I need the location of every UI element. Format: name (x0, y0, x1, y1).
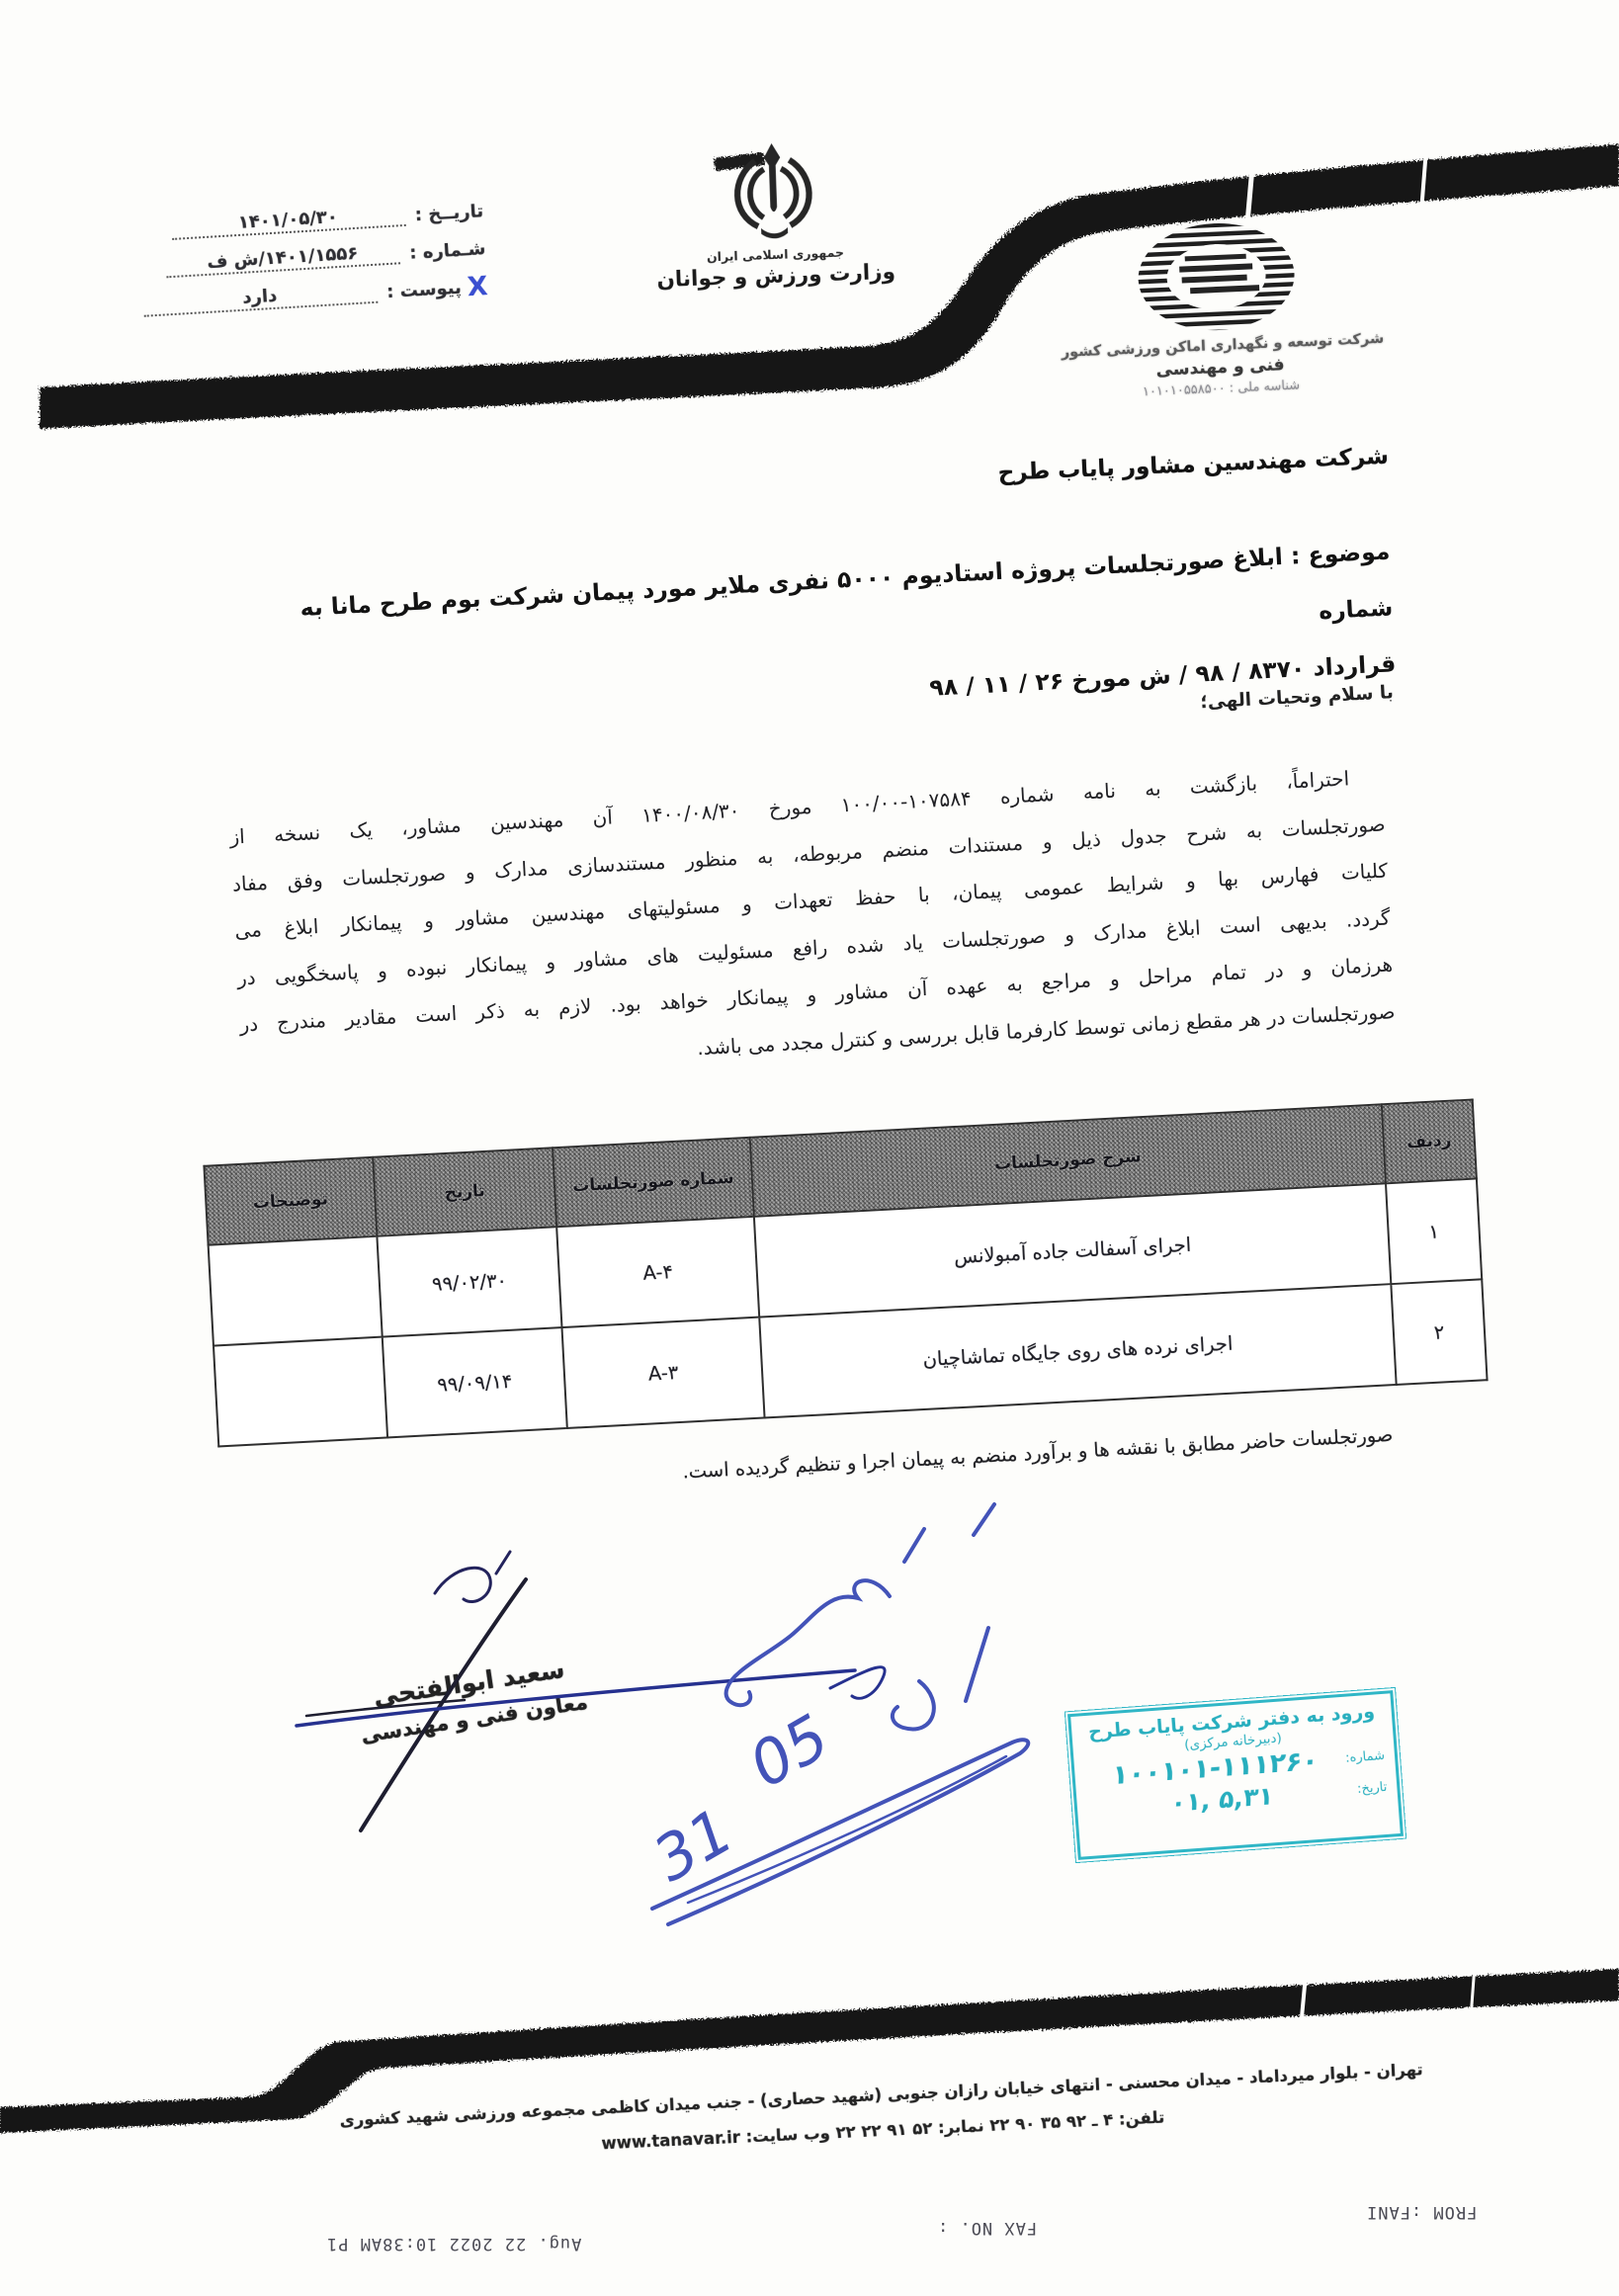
cell-minutes-number: A-۳ (561, 1318, 764, 1428)
attachment-check-mark: X (467, 277, 488, 298)
number-label: شـماره : (409, 238, 486, 264)
stamp-date-label: تاریخ: (1357, 1780, 1388, 1797)
iran-emblem-icon (724, 136, 822, 246)
handwritten-blue-note: 05 31 (593, 1478, 1058, 1942)
stamp-number-row: شماره: ۱۰۰۱۰۱-۱۱۱۲۶۰ (1084, 1741, 1386, 1793)
signature-block: سعید ابوالفتحی معاون فنی و مهندسی (281, 1641, 661, 1757)
stamp-subtitle: (دبیرخانه مرکزی) (1082, 1723, 1383, 1760)
attachment-label: پیوست : (386, 278, 463, 302)
letter-meta-block: تاریــخ : ۱۴۰۱/۰۵/۳۰ شـماره : ۱۴۰۱/۱۵۵۶/… (88, 198, 489, 334)
attachment-row: X پیوست : دارد (92, 273, 488, 320)
stamp-date-value: ۰۱, ۵,۳۱ (1086, 1775, 1358, 1824)
fax-timestamp-text: Aug. 22 2022 10:38AM P1 (326, 2234, 581, 2253)
cell-notes (209, 1236, 383, 1346)
header-date: تاریخ (373, 1148, 556, 1235)
minutes-table-wrap: ردیف شرح صورتجلسات شماره صورتجلسات تاریخ… (203, 1099, 1488, 1448)
scanned-letter-page: { "letter_meta": { "date_label": "تاریــ… (0, 0, 1619, 2296)
number-value: ۱۴۰۱/۱۵۵۶/ش ف (165, 240, 400, 278)
footer-block: تهران - بلوار میرداماد - میدان محسنی - ا… (296, 2050, 1469, 2176)
subject-block: موضوع : ابلاغ صورتجلسات پروژه استادیوم ۵… (228, 523, 1397, 752)
stamp-title: ورود به دفتر شرکت پایاب طرح (1081, 1700, 1383, 1743)
stamp-number-value: ۱۰۰۱۰۱-۱۱۱۲۶۰ (1084, 1743, 1347, 1794)
body-paragraph: احتراماً، بازگشت به نامه شماره ۱۰۷۵۸۴-۱۰… (228, 754, 1396, 1096)
stamp-number-label: شماره: (1345, 1748, 1386, 1766)
cell-row-number: ۲ (1391, 1279, 1487, 1385)
header-minutes-number: شماره صورتجلسات (553, 1138, 754, 1227)
attachment-value: دارد (142, 280, 378, 317)
cell-date: ۹۹/۰۲/۳۰ (377, 1227, 561, 1336)
header-notes: توضیحات (204, 1157, 377, 1245)
national-emblem-block: جمهوری اسلامی ایران وزارت ورزش و جوانان (638, 133, 909, 293)
company-logo-icon (1132, 217, 1301, 335)
fax-from-text: FROM :FANI (1366, 2202, 1477, 2222)
company-letterhead-block: شرکت توسعه و نگهداری اماکن ورزشی کشور فن… (1056, 214, 1379, 403)
office-entry-stamp: ورود به دفتر شرکت پایاب طرح (دبیرخانه مر… (1067, 1690, 1404, 1860)
cell-row-number: ۱ (1386, 1178, 1482, 1284)
date-value: ۱۴۰۱/۰۵/۳۰ (170, 203, 405, 240)
note-digits-05: 05 (737, 1700, 841, 1802)
stamp-date-row: تاریخ: ۰۱, ۵,۳۱ (1086, 1773, 1388, 1824)
header-row-number: ردیف (1382, 1100, 1477, 1184)
date-label: تاریــخ : (414, 201, 484, 225)
note-digits-31: 31 (641, 1794, 745, 1896)
minutes-table: ردیف شرح صورتجلسات شماره صورتجلسات تاریخ… (203, 1099, 1488, 1448)
cell-minutes-number: A-۴ (556, 1217, 759, 1327)
recipient-line: شرکت مهندسین مشاور پایاب طرح (964, 444, 1390, 488)
cell-notes (213, 1337, 387, 1447)
fax-number-text: FAX NO. : (937, 2218, 1037, 2238)
cell-date: ۹۹/۰۹/۱۴ (383, 1327, 567, 1437)
closing-line: صورتجلسات حاضر مطابق با نقشه ها و برآورد… (331, 1423, 1394, 1501)
